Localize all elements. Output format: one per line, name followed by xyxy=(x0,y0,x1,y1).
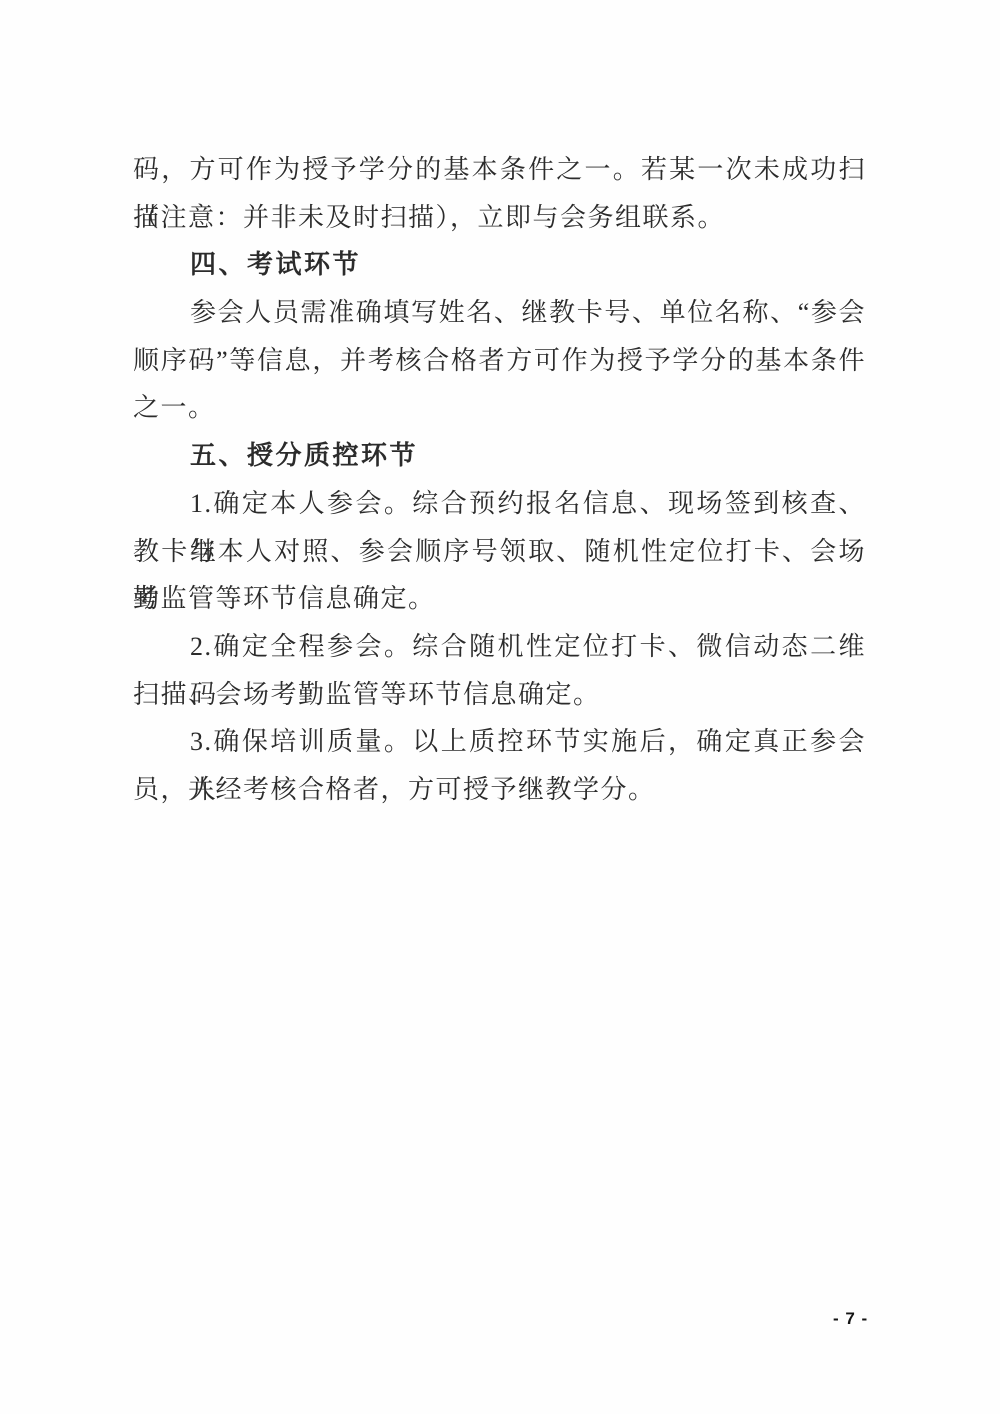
text-line: 参会人员需准确填写姓名、继教卡号、单位名称、“参会 xyxy=(133,289,866,337)
text-line: 2.确定全程参会。综合随机性定位打卡、微信动态二维码 xyxy=(133,623,866,671)
page-number: - 7 - xyxy=(833,1306,868,1332)
document-body: 码，方可作为授予学分的基本条件之一。若某一次未成功扫描 （注意：并非未及时扫描）… xyxy=(133,146,866,814)
text-line: 1.确定本人参会。综合预约报名信息、现场签到核查、继 xyxy=(133,480,866,528)
text-line: 员，并经考核合格者，方可授予继教学分。 xyxy=(133,766,866,814)
document-page: 码，方可作为授予学分的基本条件之一。若某一次未成功扫描 （注意：并非未及时扫描）… xyxy=(0,0,1000,1414)
text-line: （注意：并非未及时扫描），立即与会务组联系。 xyxy=(133,194,866,242)
text-line: 顺序码”等信息，并考核合格者方可作为授予学分的基本条件 xyxy=(133,337,866,385)
text-line: 扫描、会场考勤监管等环节信息确定。 xyxy=(133,671,866,719)
text-line: 教卡与本人对照、参会顺序号领取、随机性定位打卡、会场考 xyxy=(133,528,866,576)
text-line: 码，方可作为授予学分的基本条件之一。若某一次未成功扫描 xyxy=(133,146,866,194)
section-heading: 四、考试环节 xyxy=(133,241,866,289)
section-heading: 五、授分质控环节 xyxy=(133,432,866,480)
text-line: 之一。 xyxy=(133,384,866,432)
text-line: 勤监管等环节信息确定。 xyxy=(133,575,866,623)
text-line: 3.确保培训质量。以上质控环节实施后，确定真正参会人 xyxy=(133,718,866,766)
